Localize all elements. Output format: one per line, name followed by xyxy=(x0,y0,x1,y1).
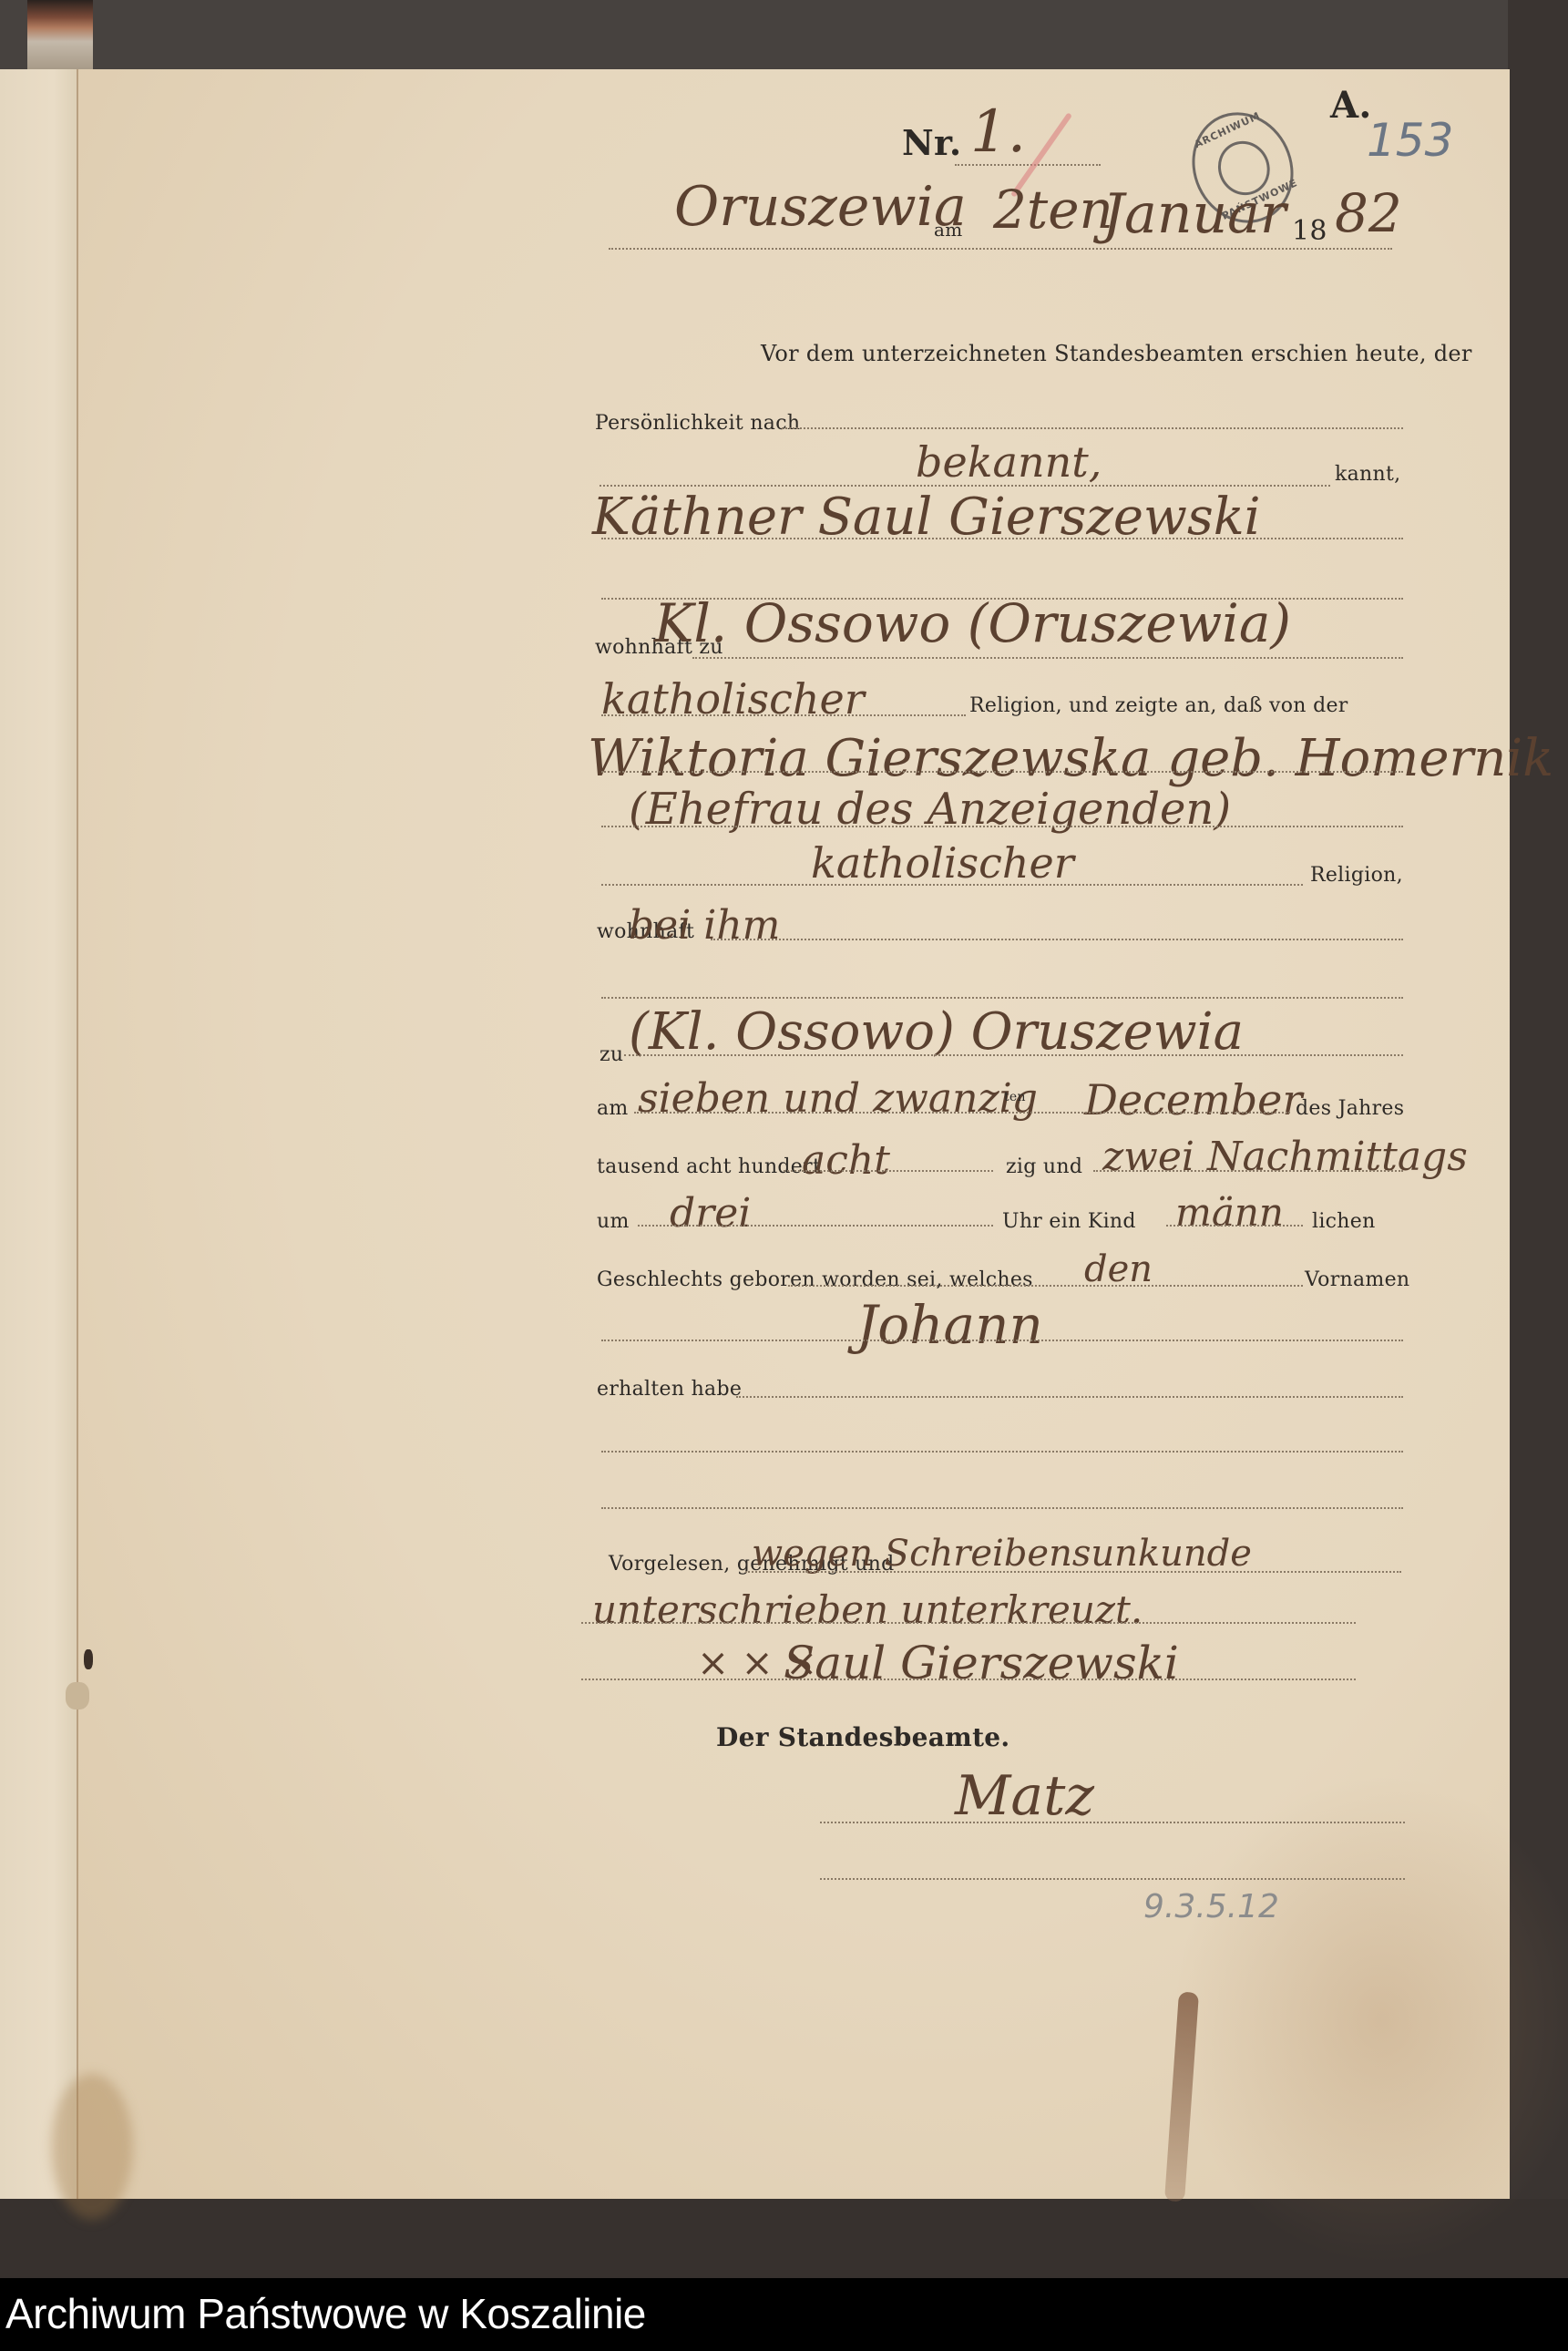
year-unit-line xyxy=(1093,1170,1403,1172)
intro-text: Vor dem unterzeichneten Standesbeamten e… xyxy=(761,341,1472,366)
birthdate-year-label: des Jahres xyxy=(1296,1097,1404,1120)
sex-suffix: lichen xyxy=(1312,1210,1376,1233)
official-line-1 xyxy=(820,1822,1405,1823)
official-line-2 xyxy=(820,1878,1405,1880)
mother-religion-label: Religion, xyxy=(1310,864,1403,887)
form-letter: A. xyxy=(1330,84,1372,127)
hour-value: drei xyxy=(670,1190,751,1237)
year-suffix: 82 xyxy=(1335,182,1402,244)
read-line-2 xyxy=(581,1622,1356,1624)
kannt-text: kannt, xyxy=(1335,463,1400,486)
page-tear xyxy=(66,1682,89,1709)
birthplace-line xyxy=(624,1054,1403,1056)
record-number-label: Nr. xyxy=(902,122,961,163)
year-label-1: tausend acht hundert xyxy=(597,1155,821,1178)
page-number: 153 xyxy=(1367,114,1453,167)
archive-reference: 9.3.5.12 xyxy=(1143,1888,1279,1925)
mother-residence-value: bei ihm xyxy=(629,902,780,949)
water-stain xyxy=(51,2074,133,2220)
archive-caption-bar: Archiwum Państwowe w Koszalinie xyxy=(0,2278,1568,2351)
child-name-line xyxy=(601,1340,1403,1341)
child-name: Johann xyxy=(856,1294,1043,1356)
residence-value: Kl. Ossowo (Oruszewia) xyxy=(654,592,1291,654)
religion-text: Religion, und zeigte an, daß von der xyxy=(969,694,1348,717)
page-tear xyxy=(84,1649,93,1669)
official-label: Der Standesbeamte. xyxy=(716,1722,1009,1752)
read-value-2: unterschrieben unterkreuzt. xyxy=(592,1587,1143,1632)
signer-line xyxy=(581,1679,1356,1680)
mother-religion: katholischer xyxy=(811,838,1074,888)
mother-line xyxy=(601,771,1403,773)
residence-line xyxy=(692,657,1403,659)
blank-line-4 xyxy=(601,1507,1403,1509)
uhr-text: Uhr ein Kind xyxy=(1002,1210,1136,1233)
birthdate-day: sieben und zwanzig xyxy=(638,1075,1038,1122)
year-unit-value: zwei Nachmittags xyxy=(1102,1134,1468,1180)
place-value: Oruszewia xyxy=(674,175,967,239)
mother-residence-line xyxy=(711,939,1403,940)
blank-line-2 xyxy=(601,997,1403,999)
month-value: Januar xyxy=(1102,182,1286,246)
scan-background-top xyxy=(0,0,1568,69)
blank-line-3 xyxy=(601,1451,1403,1453)
personality-line xyxy=(782,427,1403,429)
date-line xyxy=(609,248,1392,250)
birthdate-label: am xyxy=(597,1097,629,1120)
religion-line xyxy=(601,714,966,716)
personality-value: bekannt, xyxy=(916,437,1102,487)
read-line-1 xyxy=(745,1571,1401,1573)
sex-line xyxy=(1166,1225,1303,1227)
previous-page-edge xyxy=(0,69,77,2199)
birthplace-label: zu xyxy=(600,1043,623,1066)
hour-line xyxy=(638,1225,993,1227)
mother-religion-line xyxy=(601,884,1303,886)
gender-text: Geschlechts geboren worden sei, welches xyxy=(597,1268,1033,1291)
relation-line xyxy=(601,826,1403,827)
year-decade-value: acht xyxy=(802,1137,890,1184)
official-signature: Matz xyxy=(955,1764,1094,1828)
birthdate-month: December xyxy=(1084,1075,1302,1124)
birthplace-value: (Kl. Ossowo) Oruszewia xyxy=(629,1002,1244,1062)
mother-name: Wiktoria Gierszewska geb. Homernik xyxy=(588,729,1553,788)
year-decade-line xyxy=(784,1170,993,1172)
hour-label: um xyxy=(597,1210,630,1233)
archive-caption: Archiwum Państwowe w Koszalinie xyxy=(5,2289,646,2338)
date-prefix: am xyxy=(934,219,963,241)
sex-value: männ xyxy=(1175,1190,1284,1235)
gender-line xyxy=(788,1285,1303,1287)
age-stain xyxy=(1172,1773,1568,2265)
name-line xyxy=(601,538,1403,539)
birthdate-line xyxy=(634,1112,1290,1114)
record-number-value: 1. xyxy=(970,98,1026,166)
read-value-1: wegen Schreibensunkunde xyxy=(752,1533,1252,1575)
kannt-line xyxy=(600,485,1330,487)
year-prefix: 18 xyxy=(1292,215,1327,247)
received-label: erhalten habe xyxy=(597,1378,742,1401)
received-line xyxy=(736,1396,1403,1398)
personality-label: Persönlichkeit nach xyxy=(595,412,800,435)
year-label-2: zig und xyxy=(1006,1155,1082,1178)
day-value: 2ten xyxy=(993,179,1113,241)
signer-name: Saul Gierszewski xyxy=(784,1637,1179,1689)
book-binding xyxy=(27,0,93,69)
birthdate-ten: ten xyxy=(1004,1090,1026,1104)
forename-label: Vornamen xyxy=(1305,1268,1409,1291)
